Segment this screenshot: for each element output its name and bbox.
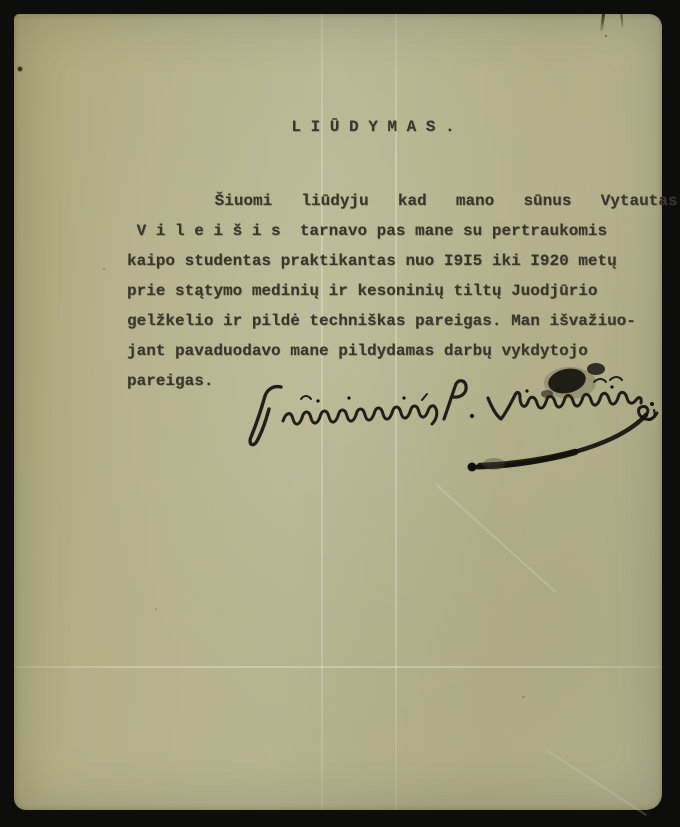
document-title: L I Ū D Y M A S .: [127, 118, 619, 136]
text-line: kaipo studentas praktikantas nuo I9I5 ik…: [127, 246, 667, 276]
dust-speck: [155, 608, 157, 610]
text-line: gelžkelio ir pildė techniškas pareigas. …: [127, 306, 667, 336]
text-line: Šiuomi liūdyju kad mano sūnus Vytautas: [127, 186, 667, 216]
signature-handwriting: [236, 352, 672, 482]
signature-ink-dots: [316, 385, 654, 471]
dust-speck: [103, 268, 105, 270]
punch-hole-mark: [17, 66, 23, 72]
scanned-document: L I Ū D Y M A S . Šiuomi liūdyju kad man…: [0, 0, 680, 827]
dust-speck: [522, 696, 525, 698]
text-line: V i l e i š i s tarnavo pas mane su pert…: [127, 216, 667, 246]
text-line: prie stątymo medinių ir kesoninių tiltų …: [127, 276, 667, 306]
dust-speck: [605, 35, 607, 37]
